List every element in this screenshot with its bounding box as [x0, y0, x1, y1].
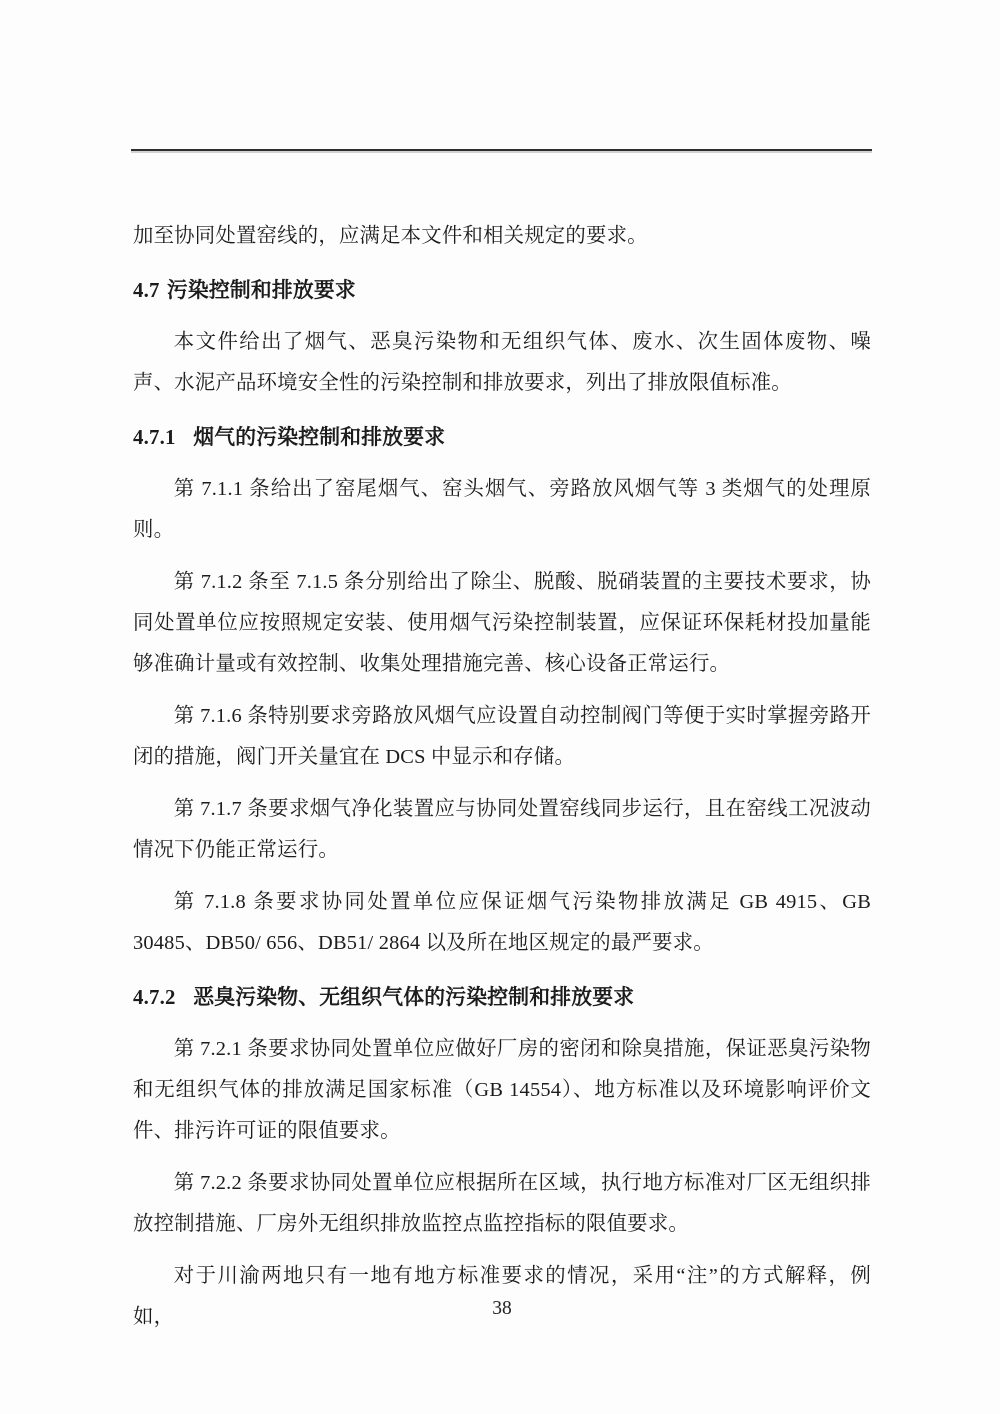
paragraph-7-1-7: 第 7.1.7 条要求烟气净化装置应与协同处置窑线同步运行，且在窑线工况波动情况…	[133, 789, 871, 871]
section-number: 4.7.2	[133, 986, 176, 1009]
paragraph-7-1-1: 第 7.1.1 条给出了窑尾烟气、窑头烟气、旁路放风烟气等 3 类烟气的处理原则…	[133, 469, 871, 551]
section-title: 污染控制和排放要求	[167, 279, 356, 302]
paragraph-7-2-1: 第 7.2.1 条要求协同处置单位应做好厂房的密闭和除臭措施，保证恶臭污染物和无…	[133, 1029, 871, 1152]
document-body: 加至协同处置窑线的，应满足本文件和相关规定的要求。 4.7污染控制和排放要求 本…	[133, 216, 871, 1338]
header-rule	[131, 149, 872, 151]
paragraph-7-2-2: 第 7.2.2 条要求协同处置单位应根据所在区域，执行地方标准对厂区无组织排放控…	[133, 1163, 871, 1245]
section-number: 4.7.1	[133, 426, 176, 449]
paragraph-continuation: 加至协同处置窑线的，应满足本文件和相关规定的要求。	[133, 216, 871, 257]
paragraph-7-1-2: 第 7.1.2 条至 7.1.5 条分别给出了除尘、脱酸、脱硝装置的主要技术要求…	[133, 562, 871, 685]
paragraph-overview: 本文件给出了烟气、恶臭污染物和无组织气体、废水、次生固体废物、噪声、水泥产品环境…	[133, 322, 871, 404]
document-page: 加至协同处置窑线的，应满足本文件和相关规定的要求。 4.7污染控制和排放要求 本…	[0, 0, 1000, 1414]
section-number: 4.7	[133, 279, 160, 302]
section-heading-4-7-2: 4.7.2恶臭污染物、无组织气体的污染控制和排放要求	[133, 977, 871, 1018]
section-title: 烟气的污染控制和排放要求	[193, 426, 445, 449]
page-number: 38	[133, 1294, 871, 1324]
section-title: 恶臭污染物、无组织气体的污染控制和排放要求	[193, 986, 634, 1009]
section-heading-4-7: 4.7污染控制和排放要求	[133, 270, 871, 311]
paragraph-7-1-8: 第 7.1.8 条要求协同处置单位应保证烟气污染物排放满足 GB 4915、GB…	[133, 882, 871, 964]
section-heading-4-7-1: 4.7.1烟气的污染控制和排放要求	[133, 417, 871, 458]
paragraph-7-1-6: 第 7.1.6 条特别要求旁路放风烟气应设置自动控制阀门等便于实时掌握旁路开闭的…	[133, 696, 871, 778]
